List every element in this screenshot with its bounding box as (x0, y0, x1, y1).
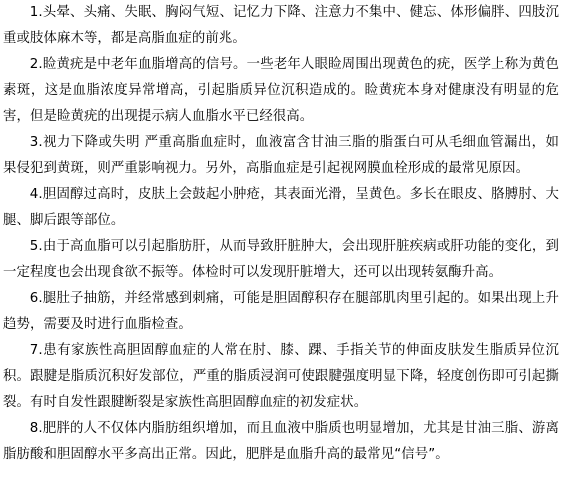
paragraph-6: 6.腿肚子抽筋，并经常感到刺痛，可能是胆固醇积存在腿部肌肉里引起的。如果出现上升… (3, 286, 559, 338)
paragraph-3: 3.视力下降或失明 严重高脂血症时，血液富含甘油三脂的脂蛋白可从毛细血管漏出，如… (3, 130, 559, 182)
paragraph-5: 5.由于高血脂可以引起脂肪肝，从而导致肝脏肿大，会出现肝脏疾病或肝功能的变化，到… (3, 234, 559, 286)
paragraph-text: 睑黄疣是中老年血脂增高的信号。一些老年人眼睑周围出现黄色的疣，医学上称为黄色素斑… (3, 57, 559, 124)
paragraph-text: 患有家族性高胆固醇血症的人常在肘、膝、踝、手指关节的伸面皮肤发生脂质异位沉积。跟… (3, 343, 559, 410)
paragraph-text: 肥胖的人不仅体内脂肪组织增加，而且血液中脂质也明显增加，尤其是甘油三脂、游离脂肪… (3, 421, 559, 462)
paragraph-text: 腿肚子抽筋，并经常感到刺痛，可能是胆固醇积存在腿部肌肉里引起的。如果出现上升趋势… (3, 291, 559, 332)
paragraph-4: 4.胆固醇过高时，皮肤上会鼓起小肿疮，其表面光滑，呈黄色。多长在眼皮、胳膊肘、大… (3, 182, 559, 234)
document-body: 1.头晕、头痛、失眠、胸闷气短、记忆力下降、注意力不集中、健忘、体形偏胖、四肢沉… (0, 0, 563, 484)
paragraph-number: 2. (30, 57, 43, 72)
paragraph-number: 7. (30, 343, 43, 358)
paragraph-number: 3. (30, 135, 43, 150)
paragraph-2: 2.睑黄疣是中老年血脂增高的信号。一些老年人眼睑周围出现黄色的疣，医学上称为黄色… (3, 52, 559, 130)
paragraph-number: 1. (30, 5, 43, 20)
paragraph-number: 8. (30, 421, 43, 436)
paragraph-number: 4. (30, 187, 43, 202)
paragraph-1: 1.头晕、头痛、失眠、胸闷气短、记忆力下降、注意力不集中、健忘、体形偏胖、四肢沉… (3, 0, 559, 52)
paragraph-number: 6. (30, 291, 43, 306)
paragraph-text: 胆固醇过高时，皮肤上会鼓起小肿疮，其表面光滑，呈黄色。多长在眼皮、胳膊肘、大腿、… (3, 187, 559, 228)
paragraph-8: 8.肥胖的人不仅体内脂肪组织增加，而且血液中脂质也明显增加，尤其是甘油三脂、游离… (3, 416, 559, 468)
paragraph-number: 5. (30, 239, 43, 254)
paragraph-7: 7.患有家族性高胆固醇血症的人常在肘、膝、踝、手指关节的伸面皮肤发生脂质异位沉积… (3, 338, 559, 416)
paragraph-text: 视力下降或失明 严重高脂血症时，血液富含甘油三脂的脂蛋白可从毛细血管漏出，如果侵… (3, 135, 559, 176)
paragraph-text: 由于高血脂可以引起脂肪肝，从而导致肝脏肿大，会出现肝脏疾病或肝功能的变化，到一定… (3, 239, 559, 280)
paragraph-text: 头晕、头痛、失眠、胸闷气短、记忆力下降、注意力不集中、健忘、体形偏胖、四肢沉重或… (3, 5, 559, 46)
